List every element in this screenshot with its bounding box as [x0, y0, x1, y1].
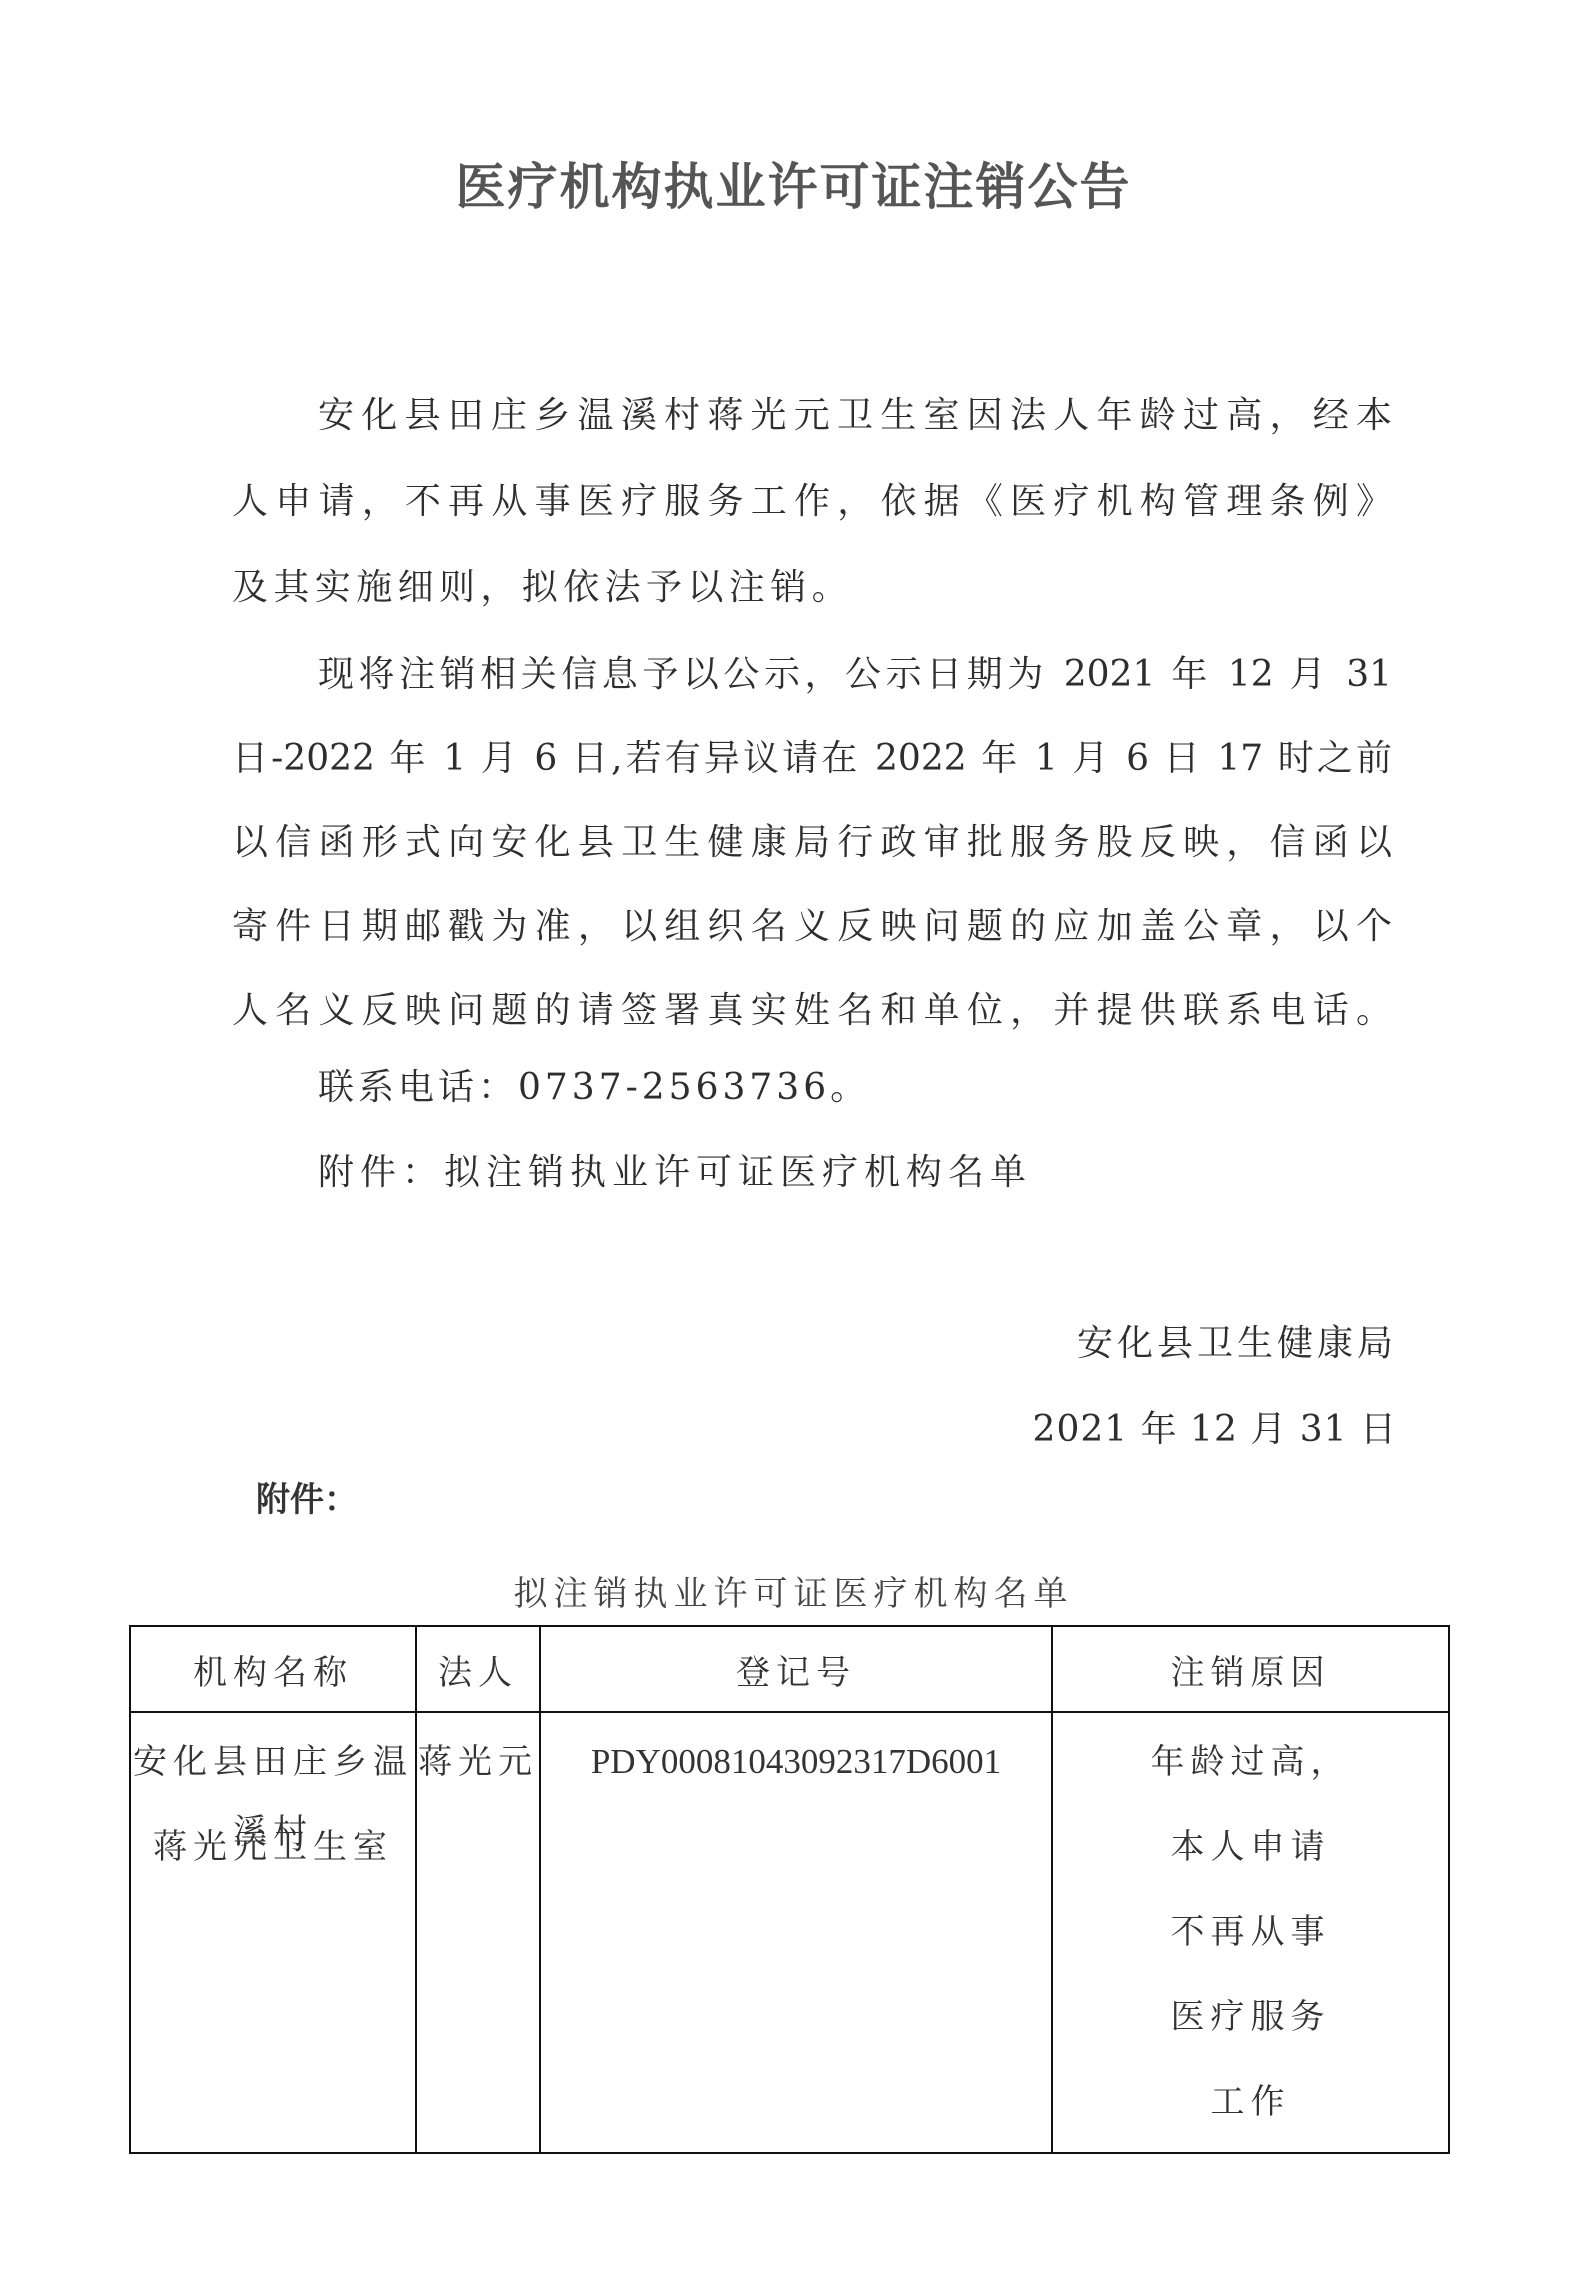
table-row: 安化县田庄乡温溪村 蒋光元卫生室 蒋光元 PDY00081043092317D6… — [130, 1712, 1449, 2153]
paragraph-line: 人名义反映问题的请签署真实姓名和单位，并提供联系电话。 — [232, 981, 1392, 1041]
attachment-label: 附件： — [256, 1478, 358, 1522]
paragraph-line: 以信函形式向安化县卫生健康局行政审批服务股反映，信函以 — [232, 813, 1392, 873]
paragraph-line: 人申请，不再从事医疗服务工作，依据《医疗机构管理条例》 — [232, 472, 1392, 532]
cell-registration-no: PDY00081043092317D6001 — [540, 1712, 1052, 2153]
header-cancellation-reason: 注销原因 — [1052, 1626, 1449, 1712]
table-caption: 拟注销执业许可证医疗机构名单 — [0, 1566, 1587, 1622]
cell-line: 本人申请 — [1053, 1812, 1448, 1897]
paragraph-line: 安化县田庄乡温溪村蒋光元卫生室因法人年龄过高，经本 — [318, 386, 1392, 446]
header-registration-no: 登记号 — [540, 1626, 1052, 1712]
paragraph-line: 寄件日期邮戳为准，以组织名义反映问题的应加盖公章，以个 — [232, 897, 1392, 957]
cell-line: 安化县田庄乡温溪村 — [131, 1727, 415, 1812]
paragraph-line: 及其实施细则，拟依法予以注销。 — [232, 558, 1392, 618]
institution-table: 机构名称 法人 登记号 注销原因 安化县田庄乡温溪村 蒋光元卫生室 蒋光元 PD… — [129, 1625, 1450, 2154]
cell-line: 年龄过高， — [1053, 1727, 1448, 1812]
table-header-row: 机构名称 法人 登记号 注销原因 — [130, 1626, 1449, 1712]
paragraph-line: 日-2022 年 1 月 6 日,若有异议请在 2022 年 1 月 6 日 1… — [232, 729, 1392, 789]
cell-cancellation-reason: 年龄过高， 本人申请 不再从事 医疗服务 工作 — [1052, 1712, 1449, 2153]
attachment-reference: 附件：拟注销执业许可证医疗机构名单 — [318, 1143, 1392, 1203]
cell-institution-name: 安化县田庄乡温溪村 蒋光元卫生室 — [130, 1712, 416, 2153]
cell-line: PDY00081043092317D6001 — [541, 1727, 1051, 1812]
header-legal-person: 法人 — [416, 1626, 540, 1712]
contact-phone: 联系电话：0737-2563736。 — [318, 1058, 1392, 1118]
page-title: 医疗机构执业许可证注销公告 — [0, 152, 1587, 222]
cell-legal-person: 蒋光元 — [416, 1712, 540, 2153]
cell-line: 蒋光元卫生室 — [131, 1812, 415, 1897]
cell-line: 工作 — [1053, 2067, 1448, 2152]
cell-line: 医疗服务 — [1053, 1982, 1448, 2067]
paragraph-line: 现将注销相关信息予以公示，公示日期为 2021 年 12 月 31 — [318, 645, 1392, 705]
issue-date: 2021 年 12 月 31 日 — [1033, 1400, 1397, 1460]
header-institution-name: 机构名称 — [130, 1626, 416, 1712]
cell-line: 蒋光元 — [417, 1727, 539, 1812]
cell-line: 不再从事 — [1053, 1897, 1448, 1982]
issuer-signature: 安化县卫生健康局 — [1077, 1314, 1397, 1374]
